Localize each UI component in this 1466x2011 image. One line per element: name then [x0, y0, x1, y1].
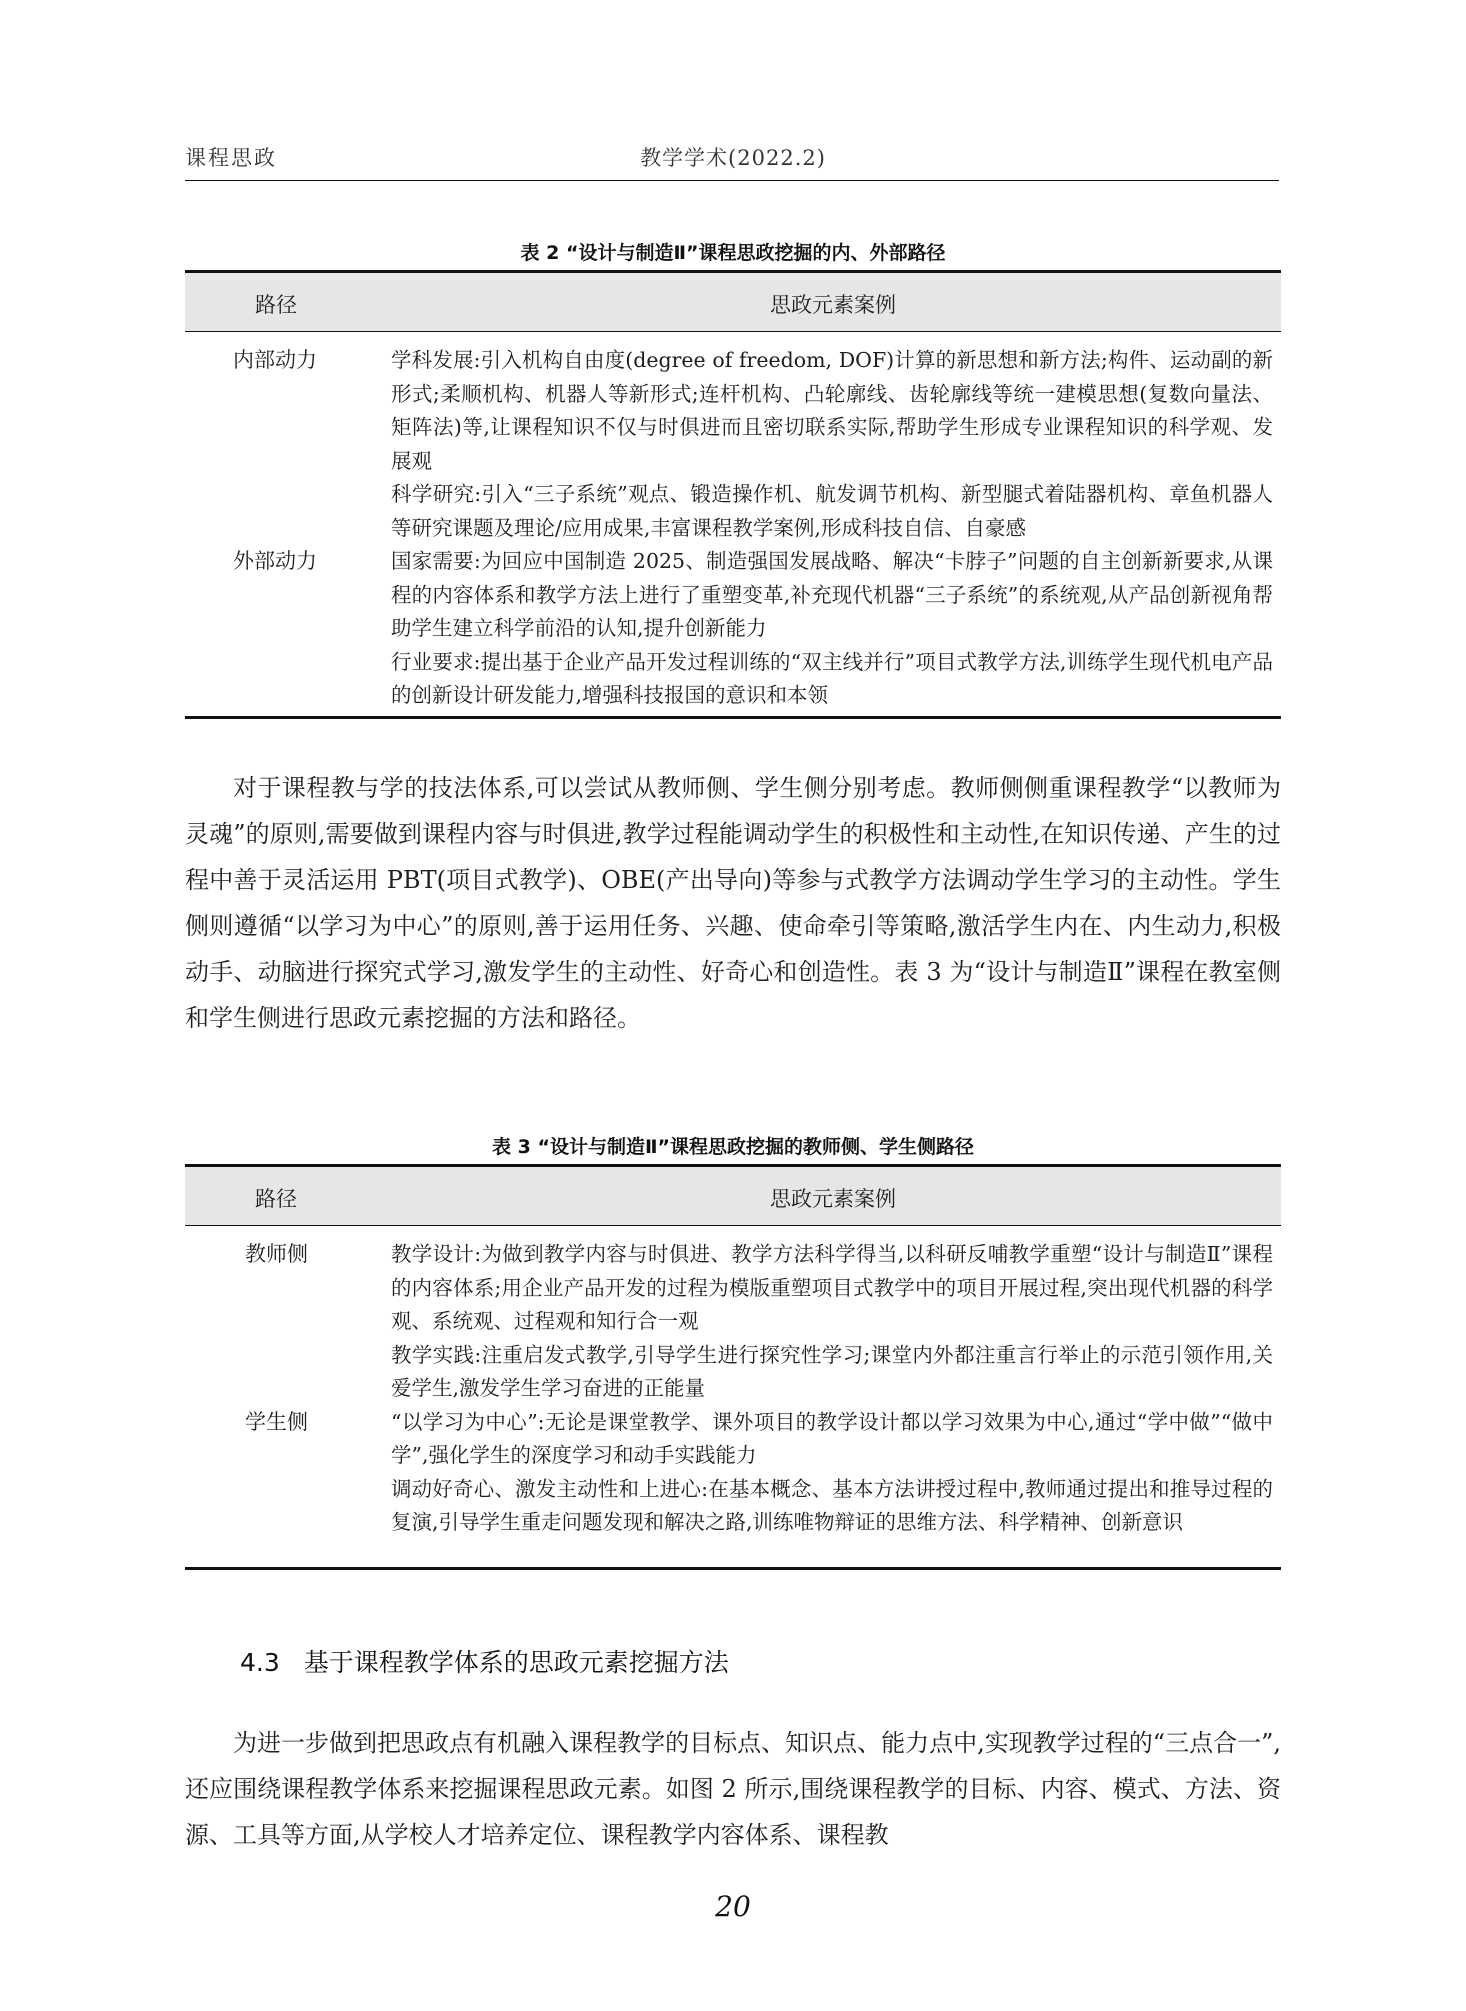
- case-item: 教学实践:注重启发式教学,引导学生进行探究性学习;课堂内外都注重言行举止的示范引…: [391, 1339, 1273, 1406]
- paragraph-text: 对于课程教与学的技法体系,可以尝试从教师侧、学生侧分别考虑。教师侧侧重课程教学“…: [185, 765, 1281, 1041]
- table3-body: 教师侧 教学设计:为做到教学内容与时俱进、教学方法科学得当,以科研反哺教学重塑“…: [185, 1226, 1281, 1540]
- table3-header: 路径 思政元素案例: [185, 1167, 1281, 1226]
- table2: 路径 思政元素案例 内部动力 学科发展:引入机构自由度(degree of fr…: [185, 270, 1281, 719]
- table-row: 教师侧 教学设计:为做到教学内容与时俱进、教学方法科学得当,以科研反哺教学重塑“…: [185, 1238, 1281, 1406]
- case-item: 学科发展:引入机构自由度(degree of freedom, DOF)计算的新…: [391, 344, 1273, 478]
- case-item: 调动好奇心、激发主动性和上进心:在基本概念、基本方法讲授过程中,教师通过提出和推…: [391, 1473, 1273, 1540]
- section-number: 4.3: [240, 1648, 280, 1677]
- running-head-journal: 教学学术(2022.2): [185, 142, 1281, 172]
- case-item: 科学研究:引入“三子系统”观点、锻造操作机、航发调节机构、新型腿式着陆器机构、章…: [391, 478, 1273, 545]
- row-path-label: 学生侧: [245, 1406, 308, 1436]
- case-item: “以学习为中心”:无论是课堂教学、课外项目的教学设计都以学习效果为中心,通过“学…: [391, 1406, 1273, 1473]
- row-path-label: 内部动力: [233, 344, 317, 374]
- case-item: 行业要求:提出基于企业产品开发过程训练的“双主线并行”项目式教学方法,训练学生现…: [391, 646, 1273, 713]
- header-rule: [185, 180, 1279, 181]
- row-path-label: 教师侧: [245, 1238, 308, 1268]
- table2-header-cases: 思政元素案例: [385, 289, 1281, 319]
- case-item: 教学设计:为做到教学内容与时俱进、教学方法科学得当,以科研反哺教学重塑“设计与制…: [391, 1238, 1273, 1339]
- table3: 路径 思政元素案例 教师侧 教学设计:为做到教学内容与时俱进、教学方法科学得当,…: [185, 1164, 1281, 1570]
- table3-header-path: 路径: [255, 1183, 297, 1213]
- table2-body: 内部动力 学科发展:引入机构自由度(degree of freedom, DOF…: [185, 332, 1281, 713]
- body-paragraph: 对于课程教与学的技法体系,可以尝试从教师侧、学生侧分别考虑。教师侧侧重课程教学“…: [185, 765, 1281, 1041]
- row-cases: 国家需要:为回应中国制造 2025、制造强国发展战略、解决“卡脖子”问题的自主创…: [391, 545, 1273, 713]
- table3-caption: 表 3 “设计与制造Ⅱ”课程思政挖掘的教师侧、学生侧路径: [185, 1132, 1281, 1159]
- case-item: 国家需要:为回应中国制造 2025、制造强国发展战略、解决“卡脖子”问题的自主创…: [391, 545, 1273, 646]
- table-row: 学生侧 “以学习为中心”:无论是课堂教学、课外项目的教学设计都以学习效果为中心,…: [185, 1406, 1281, 1540]
- table-row: 内部动力 学科发展:引入机构自由度(degree of freedom, DOF…: [185, 344, 1281, 545]
- running-head: 课程思政 教学学术(2022.2): [185, 140, 1281, 176]
- row-cases: “以学习为中心”:无论是课堂教学、课外项目的教学设计都以学习效果为中心,通过“学…: [391, 1406, 1273, 1540]
- paragraph-text: 为进一步做到把思政点有机融入课程教学的目标点、知识点、能力点中,实现教学过程的“…: [185, 1720, 1281, 1858]
- table-row: 外部动力 国家需要:为回应中国制造 2025、制造强国发展战略、解决“卡脖子”问…: [185, 545, 1281, 713]
- row-cases: 教学设计:为做到教学内容与时俱进、教学方法科学得当,以科研反哺教学重塑“设计与制…: [391, 1238, 1273, 1406]
- table2-header: 路径 思政元素案例: [185, 273, 1281, 332]
- row-path-label: 外部动力: [233, 545, 317, 575]
- section-heading: 4.3基于课程教学体系的思政元素挖掘方法: [240, 1643, 729, 1679]
- page-number: 20: [0, 1890, 1466, 1923]
- section-title-text: 基于课程教学体系的思政元素挖掘方法: [304, 1648, 729, 1677]
- table2-header-path: 路径: [255, 289, 297, 319]
- table3-header-cases: 思政元素案例: [385, 1183, 1281, 1213]
- body-paragraph: 为进一步做到把思政点有机融入课程教学的目标点、知识点、能力点中,实现教学过程的“…: [185, 1720, 1281, 1858]
- row-cases: 学科发展:引入机构自由度(degree of freedom, DOF)计算的新…: [391, 344, 1273, 545]
- table2-caption: 表 2 “设计与制造Ⅱ”课程思政挖掘的内、外部路径: [185, 238, 1281, 265]
